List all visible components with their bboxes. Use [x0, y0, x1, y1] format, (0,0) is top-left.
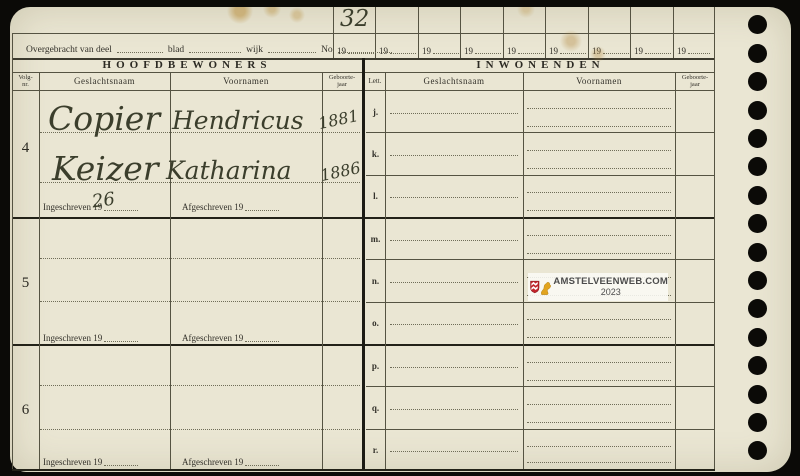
punch-hole: [748, 413, 767, 432]
year-label: 19: [634, 46, 643, 56]
year-label: 19: [379, 46, 388, 56]
block-number: 6: [12, 402, 39, 419]
handwritten-ingeschreven-year: 26: [91, 189, 117, 213]
handwritten-geslachtsnaam: Keizer: [52, 149, 159, 188]
right-section-title: INWONENDEN: [366, 58, 715, 72]
writing-line: [390, 367, 518, 368]
watermark-year: 2023: [553, 287, 668, 298]
block-number: 4: [12, 140, 39, 157]
block-number: 5: [12, 275, 39, 292]
header-geboortejaar-left-line2: jaar: [337, 81, 347, 89]
year-label: 19: [464, 46, 473, 56]
section-divider: [362, 58, 365, 469]
lion-icon: [541, 282, 550, 294]
row-letter: l.: [366, 191, 385, 201]
year-cell: 19: [337, 40, 374, 56]
year-label: 19: [337, 46, 346, 56]
handwritten-page-number: 32: [340, 6, 369, 32]
writing-line: [527, 446, 671, 447]
writing-line: [527, 235, 671, 236]
writing-line: [527, 362, 671, 363]
punch-hole: [748, 441, 767, 460]
year-cell: 19: [464, 40, 501, 56]
row-letter: o.: [366, 318, 385, 328]
punch-hole: [748, 72, 767, 91]
year-label: 19: [422, 46, 431, 56]
writing-line: [390, 324, 518, 325]
row-rule: [366, 302, 715, 303]
afgeschreven-field: Afgeschreven 19: [182, 202, 279, 212]
writing-line: [390, 197, 518, 198]
writing-line: [527, 253, 671, 254]
writing-line: [390, 282, 518, 283]
punch-hole: [748, 328, 767, 347]
header-geboortejaar-right-line2: jaar: [690, 81, 700, 89]
writing-line: [40, 301, 360, 302]
writing-line: [527, 192, 671, 193]
watermark-text: AMSTELVEENWEB.COM 2023: [553, 276, 668, 298]
row-letter: k.: [366, 149, 385, 159]
punch-hole: [748, 157, 767, 176]
writing-line: [390, 155, 518, 156]
writing-line: [527, 210, 671, 211]
header-geboortejaar-right: Geboorte- jaar: [675, 73, 715, 89]
row-rule: [366, 132, 715, 133]
year-cell: 19: [422, 40, 459, 56]
row-rule: [366, 175, 715, 176]
shield-icon: [531, 281, 539, 293]
writing-line: [527, 168, 671, 169]
afgeschreven-field: Afgeschreven 19: [182, 333, 279, 343]
header-voornamen-right: Voornamen: [523, 73, 675, 89]
transfer-label-blad: blad: [168, 45, 184, 55]
dotted-blank: [104, 339, 138, 342]
row-letter: m.: [366, 234, 385, 244]
row-letter: j.: [366, 107, 385, 117]
watermark-site: AMSTELVEENWEB.COM: [553, 276, 668, 287]
amstelveenweb-logo: [528, 276, 553, 298]
writing-line: [527, 108, 671, 109]
writing-line: [527, 404, 671, 405]
writing-line: [40, 258, 360, 259]
dotted-blank: [645, 53, 671, 54]
dotted-blank: [117, 50, 163, 53]
ingeschreven-label: Ingeschreven 19: [43, 333, 102, 343]
header-lett: Lett.: [365, 73, 385, 89]
writing-line: [40, 385, 360, 386]
ingeschreven-field: Ingeschreven 19: [43, 457, 138, 467]
writing-line: [390, 409, 518, 410]
writing-line: [527, 150, 671, 151]
transfer-label-wijk: wijk: [246, 45, 263, 55]
writing-line: [40, 429, 360, 430]
dotted-blank: [268, 50, 316, 53]
year-cell: 19: [677, 40, 710, 56]
header-geslachtsnaam-right: Geslachtsnaam: [385, 73, 523, 89]
header-geboortejaar-left: Geboorte- jaar: [322, 73, 362, 89]
punch-hole: [748, 271, 767, 290]
punch-hole: [748, 44, 767, 63]
handwritten-voornamen: Hendricus: [172, 106, 304, 135]
punch-hole: [748, 186, 767, 205]
writing-line: [527, 126, 671, 127]
afgeschreven-field: Afgeschreven 19: [182, 457, 279, 467]
column-line: [675, 72, 676, 469]
handwritten-voornamen: Katharina: [166, 156, 292, 185]
dotted-blank: [390, 53, 416, 54]
dotted-blank: [433, 53, 459, 54]
year-cell: 19: [634, 40, 671, 56]
watermark: AMSTELVEENWEB.COM 2023: [528, 273, 668, 301]
writing-line: [527, 380, 671, 381]
punch-hole: [748, 129, 767, 148]
writing-line: [527, 462, 671, 463]
rule: [12, 33, 715, 34]
handwritten-geboortejaar: 1886: [318, 158, 362, 185]
afgeschreven-label: Afgeschreven 19: [182, 333, 243, 343]
writing-line: [390, 240, 518, 241]
header-volgnr-line2: nr.: [22, 81, 29, 89]
header-geslachtsnaam-left: Geslachtsnaam: [39, 73, 170, 89]
year-label: 19: [549, 46, 558, 56]
year-label: 19: [677, 46, 686, 56]
punch-hole: [748, 101, 767, 120]
scanned-register-card-photo: { "colors": { "background": "#0b0a07", "…: [0, 0, 800, 476]
writing-line: [390, 113, 518, 114]
punch-hole: [748, 299, 767, 318]
writing-line: [527, 337, 671, 338]
column-line: [385, 72, 386, 469]
year-label: 19: [592, 46, 601, 56]
dotted-blank: [688, 53, 710, 54]
writing-line: [527, 319, 671, 320]
row-letter: n.: [366, 276, 385, 286]
register-card: 32 Overgebracht van deel blad wijk No 19…: [10, 7, 791, 472]
dotted-blank: [348, 53, 374, 54]
ingeschreven-field: Ingeschreven 19: [43, 202, 138, 212]
transfer-label-no: No: [321, 45, 333, 55]
header-geboortejaar-left-line1: Geboorte-: [329, 74, 355, 82]
header-volgnr-line1: Volg-: [18, 74, 32, 82]
punch-hole: [748, 385, 767, 404]
writing-line: [527, 422, 671, 423]
row-letter: q.: [366, 403, 385, 413]
dotted-blank: [245, 339, 279, 342]
punch-hole: [748, 243, 767, 262]
year-cell: 19: [507, 40, 544, 56]
writing-line: [390, 451, 518, 452]
dotted-blank: [518, 53, 544, 54]
afgeschreven-label: Afgeschreven 19: [182, 457, 243, 467]
bottom-rule: [12, 469, 715, 471]
ingeschreven-label: Ingeschreven 19: [43, 457, 102, 467]
afgeschreven-label: Afgeschreven 19: [182, 202, 243, 212]
handwritten-geboortejaar: 1881: [316, 106, 360, 133]
row-letter: p.: [366, 361, 385, 371]
year-label: 19: [507, 46, 516, 56]
dotted-blank: [189, 50, 241, 53]
year-cell: 19: [592, 40, 629, 56]
row-rule: [366, 429, 715, 430]
row-rule: [366, 259, 715, 260]
punch-hole: [748, 15, 767, 34]
dotted-blank: [475, 53, 501, 54]
dotted-blank: [104, 463, 138, 466]
year-cell: 19: [379, 40, 416, 56]
row-letter: r.: [366, 445, 385, 455]
ingeschreven-field: Ingeschreven 19: [43, 333, 138, 343]
header-geboortejaar-right-line1: Geboorte-: [682, 74, 708, 82]
dotted-blank: [603, 53, 629, 54]
header-voornamen-left: Voornamen: [170, 73, 322, 89]
dotted-blank: [245, 208, 279, 211]
punch-hole: [748, 214, 767, 233]
dotted-blank: [245, 463, 279, 466]
header-volgnr: Volg- nr.: [12, 73, 39, 89]
year-cell: 19: [549, 40, 586, 56]
dotted-blank: [560, 53, 586, 54]
left-section-title: HOOFDBEWONERS: [12, 58, 362, 72]
row-rule: [366, 386, 715, 387]
transfer-label-deel: Overgebracht van deel: [26, 45, 112, 55]
punch-hole: [748, 356, 767, 375]
handwritten-geslachtsnaam: Copier: [48, 99, 160, 138]
column-line: [523, 72, 524, 469]
